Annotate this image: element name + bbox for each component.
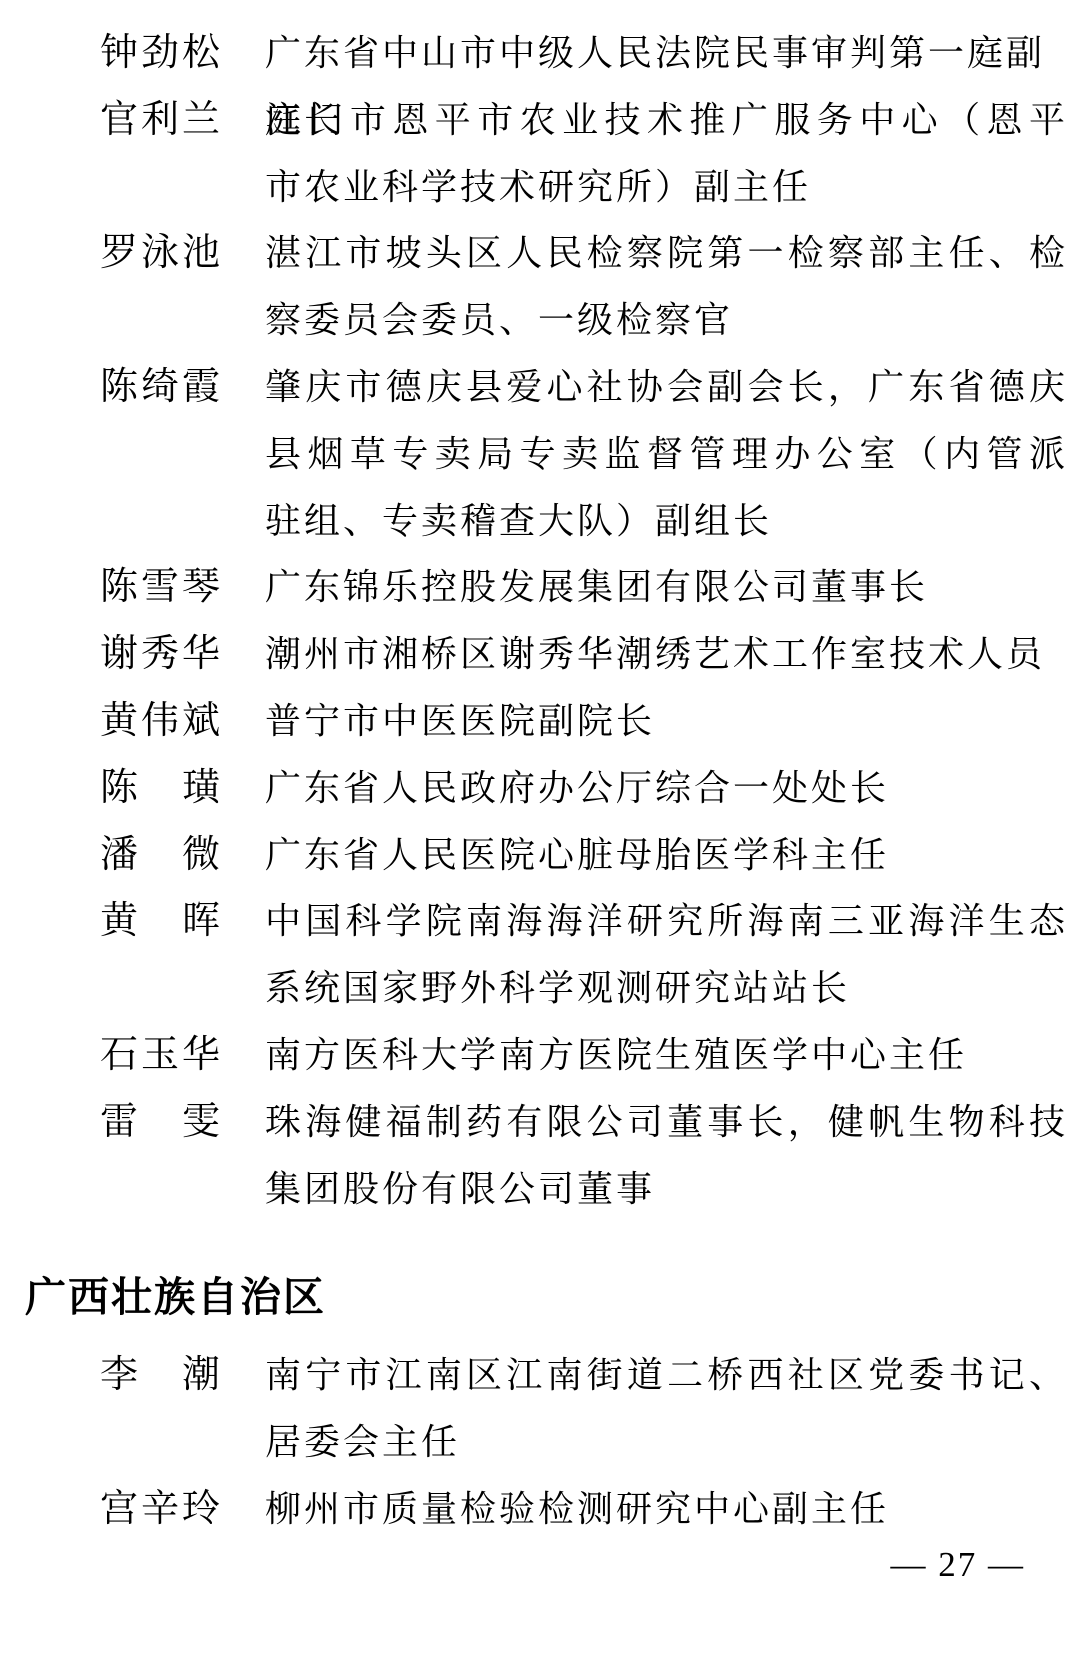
list-entry: 官利兰 江门市恩平市农业技术推广服务中心（恩平市农业科学技术研究所）副主任	[0, 87, 1080, 221]
list-entry: 潘 微 广东省人民医院心脏母胎医学科主任	[0, 822, 1080, 889]
entry-name: 谢秀华	[100, 621, 220, 688]
entry-position-line: 南宁市江南区江南街道二桥西社区党委书记、	[265, 1342, 1065, 1409]
entry-name: 陈雪琴	[100, 554, 220, 621]
entry-position-line: 湛江市坡头区人民检察院第一检察部主任、检	[265, 220, 1065, 287]
entry-position-line: 中国科学院南海海洋研究所海南三亚海洋生态	[265, 888, 1065, 955]
entry-name: 黄 晖	[100, 888, 220, 955]
section-header: 广西壮族自治区	[25, 1274, 1080, 1320]
entry-positions: 广东省人民医院心脏母胎医学科主任	[265, 822, 1065, 889]
entry-positions: 中国科学院南海海洋研究所海南三亚海洋生态系统国家野外科学观测研究站站长	[265, 888, 1065, 1022]
entry-position-line: 居委会主任	[265, 1409, 1065, 1476]
entry-positions: 广东锦乐控股发展集团有限公司董事长	[265, 554, 1065, 621]
entry-position-line: 察委员会委员、一级检察官	[265, 287, 1065, 354]
entry-positions: 广东省人民政府办公厅综合一处处长	[265, 755, 1065, 822]
entry-position-line: 县烟草专卖局专卖监督管理办公室（内管派	[265, 421, 1065, 488]
entry-position-line: 普宁市中医医院副院长	[265, 688, 1065, 755]
entry-name: 陈 璜	[100, 755, 220, 822]
list-entry: 宫辛玲 柳州市质量检验检测研究中心副主任	[0, 1476, 1080, 1543]
entry-position-line: 广东省中山市中级人民法院民事审判第一庭副庭长	[265, 20, 1065, 87]
entry-name: 官利兰	[100, 87, 220, 154]
entry-position-line: 柳州市质量检验检测研究中心副主任	[265, 1476, 1065, 1543]
entry-positions: 南方医科大学南方医院生殖医学中心主任	[265, 1022, 1065, 1089]
entry-positions: 珠海健福制药有限公司董事长，健帆生物科技集团股份有限公司董事	[265, 1089, 1065, 1223]
list-entry: 陈 璜 广东省人民政府办公厅综合一处处长	[0, 755, 1080, 822]
entry-position-line: 广东省人民政府办公厅综合一处处长	[265, 755, 1065, 822]
document-page: 钟劲松 广东省中山市中级人民法院民事审判第一庭副庭长 官利兰 江门市恩平市农业技…	[0, 0, 1080, 1670]
entry-position-line: 系统国家野外科学观测研究站站长	[265, 955, 1065, 1022]
entry-position-line: 潮州市湘桥区谢秀华潮绣艺术工作室技术人员	[265, 621, 1065, 688]
list-entry: 钟劲松 广东省中山市中级人民法院民事审判第一庭副庭长	[0, 20, 1080, 87]
entry-position-line: 肇庆市德庆县爱心社协会副会长，广东省德庆	[265, 354, 1065, 421]
list-entry: 黄伟斌 普宁市中医医院副院长	[0, 688, 1080, 755]
entry-positions: 普宁市中医医院副院长	[265, 688, 1065, 755]
entry-positions: 广东省中山市中级人民法院民事审判第一庭副庭长	[265, 20, 1065, 87]
list-entry: 谢秀华 潮州市湘桥区谢秀华潮绣艺术工作室技术人员	[0, 621, 1080, 688]
entry-name: 罗泳池	[100, 220, 220, 287]
entry-position-line: 广东锦乐控股发展集团有限公司董事长	[265, 554, 1065, 621]
list-entry: 黄 晖 中国科学院南海海洋研究所海南三亚海洋生态系统国家野外科学观测研究站站长	[0, 888, 1080, 1022]
entry-position-line: 驻组、专卖稽查大队）副组长	[265, 488, 1065, 555]
entry-positions: 潮州市湘桥区谢秀华潮绣艺术工作室技术人员	[265, 621, 1065, 688]
entry-name: 雷 雯	[100, 1089, 220, 1156]
entry-name: 黄伟斌	[100, 688, 220, 755]
entry-name: 石玉华	[100, 1022, 220, 1089]
entry-name: 钟劲松	[100, 20, 220, 87]
list-entry: 陈雪琴 广东锦乐控股发展集团有限公司董事长	[0, 554, 1080, 621]
entry-position-line: 珠海健福制药有限公司董事长，健帆生物科技	[265, 1089, 1065, 1156]
entry-name: 潘 微	[100, 822, 220, 889]
list-entry: 李 潮 南宁市江南区江南街道二桥西社区党委书记、居委会主任	[0, 1342, 1080, 1476]
entry-name: 陈绮霞	[100, 354, 220, 421]
entry-name: 宫辛玲	[100, 1476, 220, 1543]
entry-name: 李 潮	[100, 1342, 220, 1409]
entry-positions: 南宁市江南区江南街道二桥西社区党委书记、居委会主任	[265, 1342, 1065, 1476]
entry-position-line: 市农业科学技术研究所）副主任	[265, 154, 1065, 221]
award-list: 钟劲松 广东省中山市中级人民法院民事审判第一庭副庭长 官利兰 江门市恩平市农业技…	[0, 0, 1080, 1543]
entry-positions: 肇庆市德庆县爱心社协会副会长，广东省德庆县烟草专卖局专卖监督管理办公室（内管派驻…	[265, 354, 1065, 554]
list-entry: 石玉华 南方医科大学南方医院生殖医学中心主任	[0, 1022, 1080, 1089]
entry-position-line: 集团股份有限公司董事	[265, 1156, 1065, 1223]
entry-position-line: 广东省人民医院心脏母胎医学科主任	[265, 822, 1065, 889]
entry-positions: 柳州市质量检验检测研究中心副主任	[265, 1476, 1065, 1543]
list-entry: 陈绮霞 肇庆市德庆县爱心社协会副会长，广东省德庆县烟草专卖局专卖监督管理办公室（…	[0, 354, 1080, 554]
list-entry: 雷 雯 珠海健福制药有限公司董事长，健帆生物科技集团股份有限公司董事	[0, 1089, 1080, 1223]
entry-position-line: 江门市恩平市农业技术推广服务中心（恩平	[265, 87, 1065, 154]
list-entry: 罗泳池 湛江市坡头区人民检察院第一检察部主任、检察委员会委员、一级检察官	[0, 220, 1080, 354]
entry-positions: 湛江市坡头区人民检察院第一检察部主任、检察委员会委员、一级检察官	[265, 220, 1065, 354]
entry-positions: 江门市恩平市农业技术推广服务中心（恩平市农业科学技术研究所）副主任	[265, 87, 1065, 221]
page-number: — 27 —	[891, 1545, 1026, 1585]
entry-position-line: 南方医科大学南方医院生殖医学中心主任	[265, 1022, 1065, 1089]
